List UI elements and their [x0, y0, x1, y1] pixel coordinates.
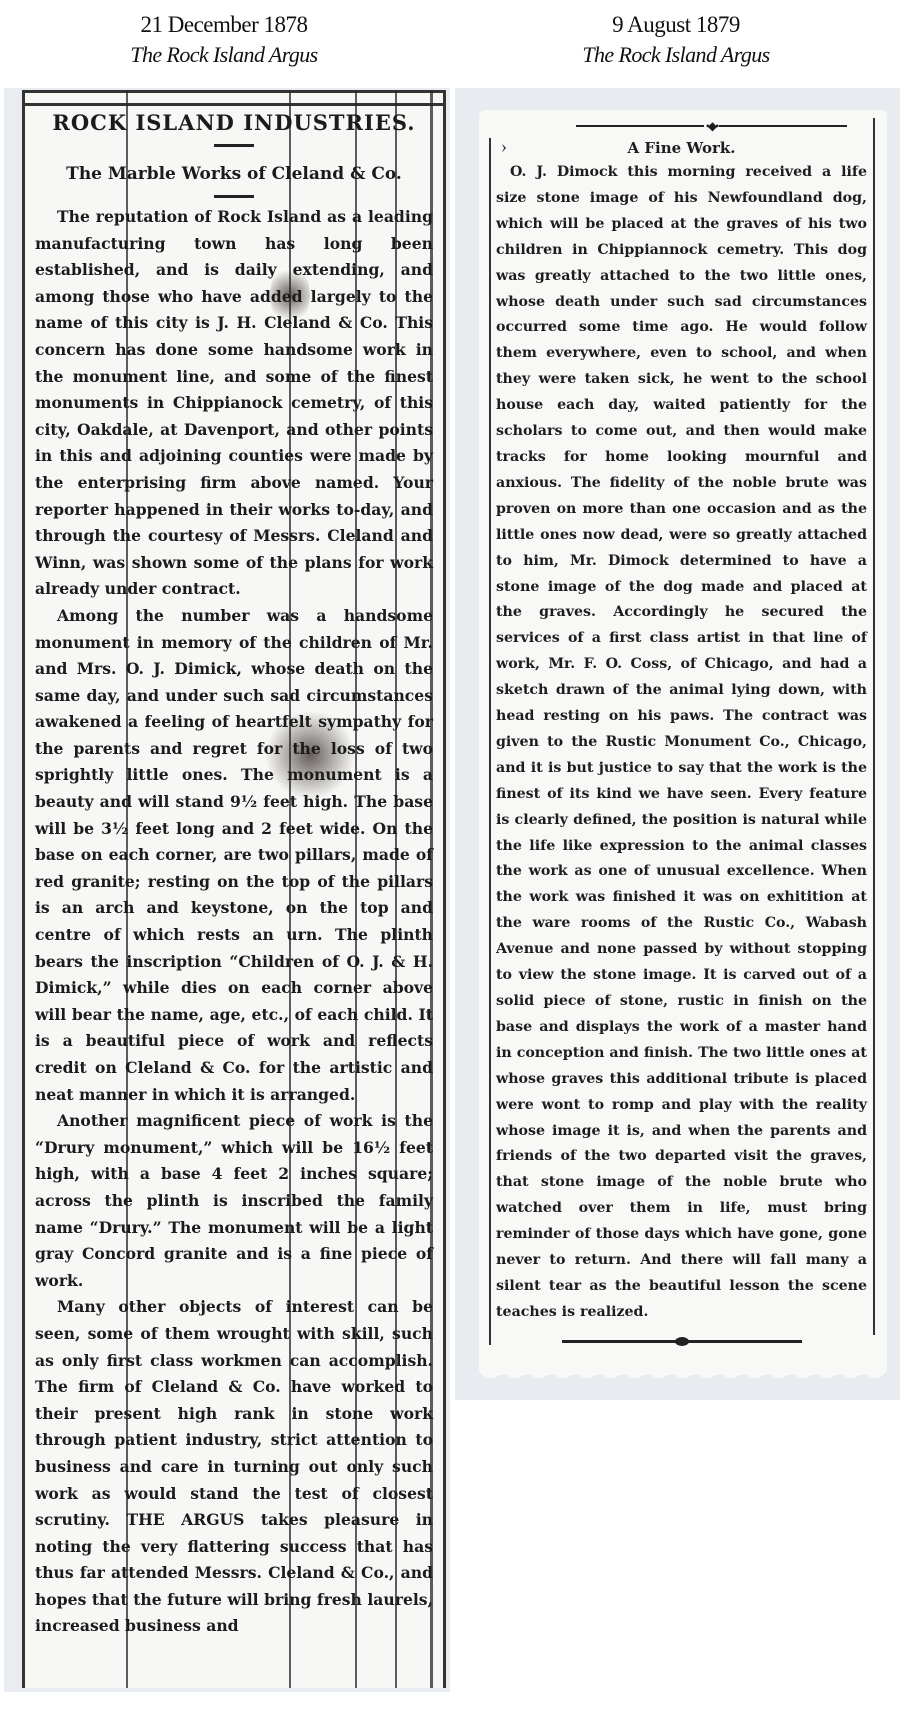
- ornament-line: [719, 125, 847, 127]
- left-subhead: The Marble Works of Cleland & Co.: [35, 159, 433, 189]
- right-article-body: O. J. Dimock this morning received a lif…: [496, 160, 867, 1326]
- left-article-body: The reputation of Rock Island as a leadi…: [35, 204, 433, 1640]
- left-article: Rock Island Industries. The Marble Works…: [35, 108, 433, 1640]
- right-caption: 9 August 1879 The Rock Island Argus: [452, 10, 900, 70]
- paragraph: The reputation of Rock Island as a leadi…: [35, 204, 433, 603]
- right-article-title: A Fine Work.: [496, 136, 867, 160]
- top-rule: [25, 90, 443, 106]
- right-caption-date: 9 August 1879: [452, 10, 900, 40]
- left-newspaper-clipping: Rock Island Industries. The Marble Works…: [22, 90, 446, 1688]
- right-caption-newspaper: The Rock Island Argus: [452, 40, 900, 70]
- left-caption-newspaper: The Rock Island Argus: [0, 40, 448, 70]
- left-headline: Rock Island Industries.: [35, 108, 433, 138]
- right-clipping-scan: › •◆• A Fine Work. O. J. Dimock this mor…: [455, 88, 900, 1400]
- paragraph: Another magnificent piece of work is the…: [35, 1108, 433, 1294]
- paragraph: Among the number was a handsome monument…: [35, 603, 433, 1108]
- ornament-line: [576, 125, 704, 127]
- right-article: •◆• A Fine Work. O. J. Dimock this morni…: [496, 118, 867, 1343]
- paragraph: O. J. Dimock this morning received a lif…: [496, 160, 867, 1326]
- left-caption-date: 21 December 1878: [0, 10, 448, 40]
- divider: [214, 195, 254, 198]
- left-caption: 21 December 1878 The Rock Island Argus: [0, 10, 448, 70]
- paragraph: Many other objects of interest can be se…: [35, 1294, 433, 1640]
- right-border-rule: [873, 118, 875, 1335]
- ornament-diamond-icon: •◆•: [706, 120, 718, 132]
- torn-edge: [479, 1367, 887, 1383]
- divider: [214, 144, 254, 147]
- bottom-ornament: [562, 1340, 802, 1343]
- top-ornament: •◆•: [576, 118, 847, 134]
- right-newspaper-clipping: › •◆• A Fine Work. O. J. Dimock this mor…: [479, 110, 887, 1375]
- left-border-rule: [489, 138, 491, 1345]
- left-clipping-scan: Rock Island Industries. The Marble Works…: [4, 88, 450, 1692]
